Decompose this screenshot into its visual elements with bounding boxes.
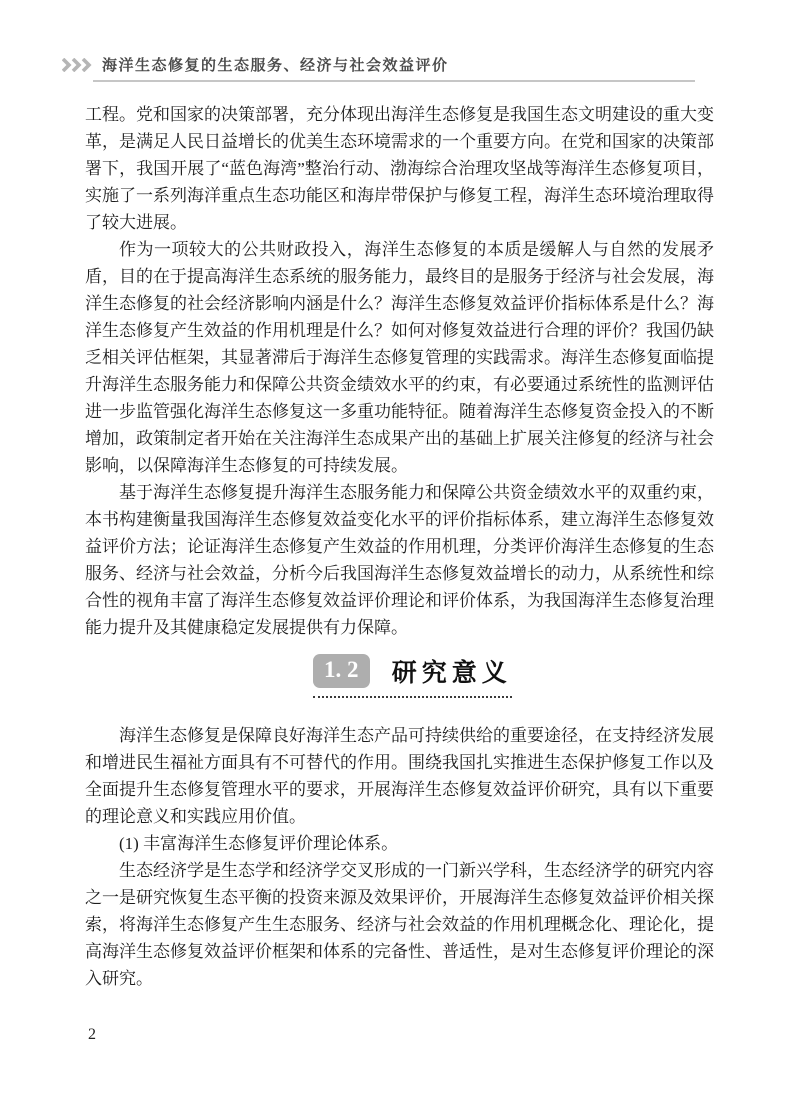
running-head-rule [93,80,695,82]
section-title: 研究意义 [392,653,512,689]
section-heading-group: 1. 2 研究意义 [313,653,512,698]
section-heading: 1. 2 研究意义 [85,653,714,698]
paragraph: 工程。党和国家的决策部署，充分体现出海洋生态修复是我国生态文明建设的重大变革，是… [85,101,714,236]
paragraph: 生态经济学是生态学和经济学交叉形成的一门新兴学科，生态经济学的研究内容之一是研究… [85,857,714,992]
paragraph: 基于海洋生态修复提升海洋生态服务能力和保障公共资金绩效水平的双重约束，本书构建衡… [85,479,714,641]
paragraph: (1) 丰富海洋生态修复评价理论体系。 [85,830,714,857]
paragraph: 作为一项较大的公共财政投入，海洋生态修复的本质是缓解人与自然的发展矛盾，目的在于… [85,236,714,479]
running-head-title: 海洋生态修复的生态服务、经济与社会效益评价 [102,54,449,75]
page-body: 工程。党和国家的决策部署，充分体现出海洋生态修复是我国生态文明建设的重大变革，是… [85,101,714,992]
triple-chevron-icon [62,58,94,72]
page-number: 2 [88,1026,96,1044]
paragraph: 海洋生态修复是保障良好海洋生态产品可持续供给的重要途径，在支持经济发展和增进民生… [85,722,714,830]
book-page: 海洋生态修复的生态服务、经济与社会效益评价 工程。党和国家的决策部署，充分体现出… [0,0,799,1114]
running-head: 海洋生态修复的生态服务、经济与社会效益评价 [62,54,449,75]
section-number-badge: 1. 2 [313,654,370,688]
